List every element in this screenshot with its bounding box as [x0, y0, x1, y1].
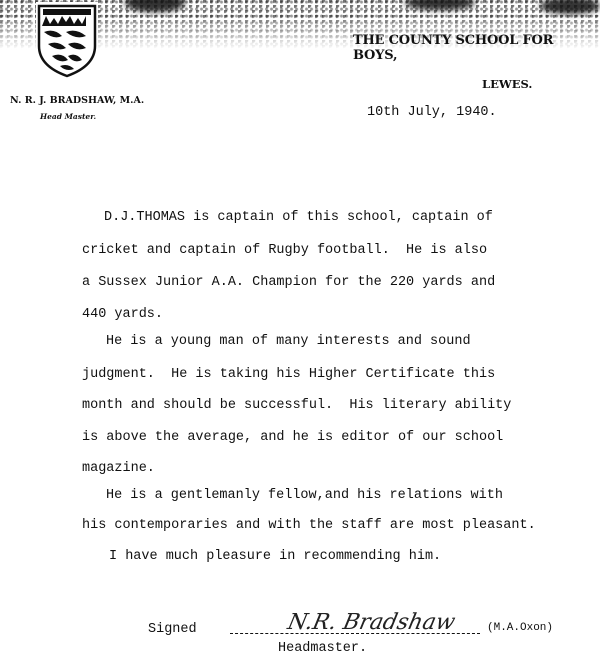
body-line: 440 yards.: [82, 307, 163, 322]
body-line: He is a young man of many interests and …: [106, 334, 471, 349]
signed-label: Signed: [148, 622, 197, 637]
school-town: LEWES.: [482, 77, 532, 91]
shield-crest-icon: [36, 2, 98, 78]
body-line: cricket and captain of Rugby football. H…: [82, 243, 487, 258]
body-line: month and should be successful. His lite…: [82, 398, 511, 413]
body-line: magazine.: [82, 461, 155, 476]
body-line: D.J.THOMAS is captain of this school, ca…: [104, 210, 493, 225]
body-line: I have much pleasure in recommending him…: [109, 549, 441, 564]
handwritten-signature: N.R. Bradshaw: [285, 610, 457, 635]
signature-role: Headmaster.: [278, 641, 367, 656]
headmaster-name: N. R. J. BRADSHAW, M.A.: [10, 95, 144, 106]
body-line: his contemporaries and with the staff ar…: [82, 518, 536, 533]
headmaster-title: Head Master.: [40, 112, 96, 121]
school-name: THE COUNTY SCHOOL FOR BOYS,: [353, 33, 600, 63]
body-line: judgment. He is taking his Higher Certif…: [82, 367, 495, 382]
signature-qualifications: (M.A.Oxon): [487, 622, 553, 634]
body-line: He is a gentlemanly fellow,and his relat…: [106, 488, 503, 503]
letter-date: 10th July, 1940.: [367, 105, 497, 120]
body-line: a Sussex Junior A.A. Champion for the 22…: [82, 275, 495, 290]
body-line: is above the average, and he is editor o…: [82, 430, 503, 445]
